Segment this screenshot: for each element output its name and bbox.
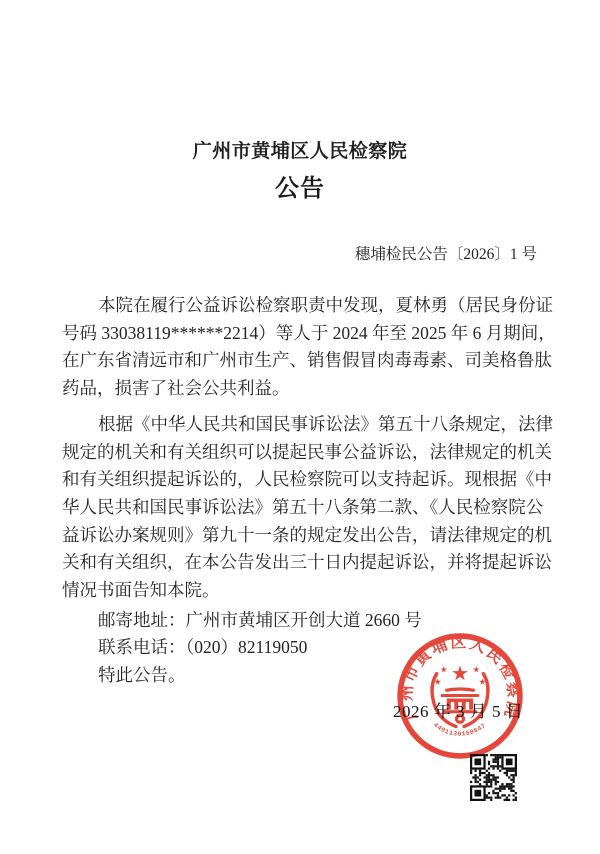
body-line: 华人民共和国民事诉讼法》第五十八条第二款、《人民检察院公 bbox=[62, 494, 540, 522]
body-line: 规定的机关和有关组织可以提起民事公益诉讼，法律规定的机关 bbox=[62, 439, 540, 467]
national-emblem-icon bbox=[432, 666, 488, 727]
announcement-document: 广州市黄埔区人民检察院 公告 穗埔检民公告〔2026〕1 号 本院在履行公益诉讼… bbox=[0, 0, 600, 854]
body-line: 本院在履行公益诉讼检察职责中发现，夏林勇（居民身份证 bbox=[62, 292, 540, 320]
body-line: 益诉讼办案规则》第九十一条的规定发出公告，请法律规定的机 bbox=[62, 522, 540, 550]
body-line: 根据《中华人民共和国民事诉讼法》第五十八条规定，法律 bbox=[62, 411, 540, 439]
paragraph: 本院在履行公益诉讼检察职责中发现，夏林勇（居民身份证 号码 33038119**… bbox=[62, 292, 540, 403]
qr-code bbox=[470, 754, 517, 801]
body-line: 和有关组织提起诉讼的，人民检察院可以支持起诉。现根据《中 bbox=[62, 466, 540, 494]
body-line: 关和有关组织，在本公告发出三十日内提起诉讼，并将提起诉讼 bbox=[62, 549, 540, 577]
org-title: 广州市黄埔区人民检察院 bbox=[0, 136, 600, 163]
seal-code: 4401130158647 bbox=[432, 722, 487, 738]
body-line: 在广东省清远市和广州市生产、销售假冒肉毒毒素、司美格鲁肽 bbox=[62, 347, 540, 375]
svg-text:4401130158647: 4401130158647 bbox=[432, 722, 487, 738]
body-line: 情况书面告知本院。 bbox=[62, 577, 540, 605]
doc-number: 穗埔检民公告〔2026〕1 号 bbox=[355, 242, 537, 264]
body-line: 号码 33038119******2214）等人于 2024 年至 2025 年… bbox=[62, 320, 540, 348]
doc-title: 公告 bbox=[0, 168, 600, 203]
body-line: 药品，损害了社会公共利益。 bbox=[62, 375, 540, 403]
official-seal: 广州市黄埔区人民检察院 4401130158647 bbox=[395, 631, 525, 761]
paragraph: 根据《中华人民共和国民事诉讼法》第五十八条规定，法律 规定的机关和有关组织可以提… bbox=[62, 411, 540, 605]
